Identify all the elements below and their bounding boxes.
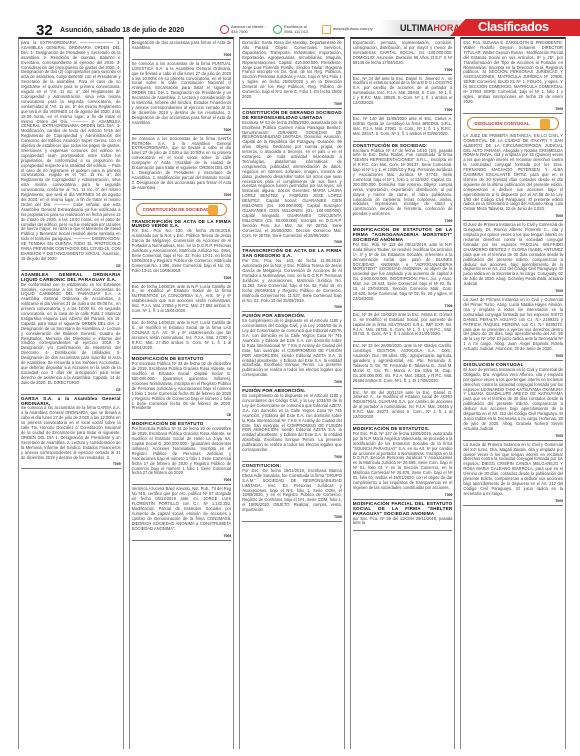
notice-body: Por Esc. Púb. Nº 113 del 05/12/2019, ant… [353, 243, 453, 302]
notice-headline: MODIFICACIÓN PARCIAL DEL ESTATUTO SOCIAL… [353, 502, 453, 517]
notice-body: Exportación, permuta, representación, co… [353, 41, 453, 66]
notice-body: De conformidad con lo establecido en los… [21, 283, 121, 386]
section-badge-icon [540, 119, 550, 129]
notice-body: Por Escritura Pública Nº 33 de fecha 02 … [132, 362, 232, 411]
notice-code: T009 [463, 499, 563, 503]
section-header: DISOLUCIÓN CONYUGAL [467, 117, 559, 130]
notice-code: CE [21, 264, 121, 268]
notice-headline: MODIFICACIÓN DE ESTATUTOS DE LA FIRMA "A… [353, 228, 453, 243]
classified-notice: Esc. Nº 34 del ante la Esc. Daniel G. Ji… [353, 76, 453, 115]
notice-body: Esc. de fecha 14/08/19, ante la N.P. Luc… [132, 285, 232, 314]
classified-notice: LA JUEZ DE PRIMERA INSTANCIA, EN LO CIVI… [463, 133, 563, 222]
whatsapp-icon [273, 25, 282, 34]
classified-notice: Esc. de fecha 14/08/19, ante la N.P. Luc… [132, 320, 232, 355]
notice-code: T009 [21, 462, 121, 466]
notice-code: T009 [242, 305, 342, 309]
classified-notice: FUSIÓN POR ABSORCIÓN.En cumplimiento de … [242, 313, 342, 387]
notice-body: LA JUEZ DE PRIMERA INSTANCIA, EN LO CIVI… [463, 134, 563, 213]
notice-body: Se convoca a los accionistas de la firma… [132, 137, 232, 191]
classified-notice: Esc. Nº 140 del 11/05/2020 ante el Esc. … [353, 116, 453, 142]
classified-notice: Esc. de fecha 14/08/19, ante la N.P. Luc… [132, 284, 232, 319]
classified-notice: La Juez de Primera Instancia en lo Civil… [463, 297, 563, 361]
contact-whatsapp: Escribinos al0981 111 013 [273, 25, 308, 34]
classified-notice: Domicilio: Santa Rosa del Monday, Depart… [242, 40, 342, 109]
notice-code: T009 [463, 107, 563, 111]
column-3: Domicilio: Santa Rosa del Monday, Depart… [239, 37, 345, 749]
column-4: Exportación, permuta, representación, co… [350, 37, 456, 749]
notice-code: T009 [463, 214, 563, 218]
notice-body: Esc. Nº 34 del ante la Esc. Daniel G. Ji… [353, 77, 453, 106]
brand-logo: ULTIMAHORA [400, 23, 460, 33]
classified-notice: para la EXTRAORDINARIA ———————— 1- ASAMB… [21, 40, 121, 271]
notice-body: Por Esc. Pca. No. 130, de fecha 28.08.20… [132, 229, 232, 273]
notice-code: T009 [353, 68, 453, 72]
classified-notice: MODIFICACIÓN DE ESTATUTOPor Escritura Pú… [132, 356, 232, 420]
contact-customer-service: Atención al cliente:415 7000 [220, 25, 265, 34]
notice-code: T009 [132, 276, 232, 280]
classified-notice: FUSIÓN POR ABSORCIÓN.En cumplimiento de … [242, 388, 342, 462]
classified-notice: Esc. Pca. SUSANA E. ZAROLOTIN B. PRESIDE… [463, 40, 563, 114]
notice-code: T009 [463, 434, 563, 438]
notice-body: En cumplimiento de lo dispuesto en el Ar… [242, 319, 342, 378]
classified-notice: El Juez de Primera Instancia en lo Civil… [463, 222, 563, 296]
contact-email-address[interactable]: avisos@uhora.com.py [333, 27, 373, 32]
notice-body: Por Esc. De fecha 19/11/2019, Escribana … [242, 469, 342, 513]
classified-notice: Exportación, permuta, representación, co… [353, 40, 453, 75]
brand-ultima: ULTIMA [400, 23, 433, 33]
notice-body: Se convoca a los accionistas de la firma… [132, 62, 232, 126]
notice-body: Esc. de fecha 14/08/19, ante la N.P. Luc… [132, 321, 232, 350]
classified-notice: Se convoca a los accionistas de la firma… [132, 61, 232, 135]
classified-notice: MODIFICACIÓN DE ESTATUTOS.Por Esc. Pub. … [353, 426, 453, 500]
contact-email[interactable]: avisos@uhora.com.py [322, 25, 373, 34]
classified-notice: Designación de dos accionistas para firm… [132, 40, 232, 60]
classified-notice: CONSTITUCION:Por Esc. De fecha 19/11/201… [242, 463, 342, 522]
notice-code: T009 [242, 515, 342, 519]
notice-body: El Juez de Primera Instancia en lo Civil… [463, 223, 563, 287]
notice-body: Esc. Nº 140 del 11/05/2020 ante el Esc. … [353, 117, 453, 137]
section-label: CONSTITUCIÓN DE SOCIEDAD [143, 207, 210, 212]
notice-body: Escritura Pública Nº 47 de fecha 14/10 (… [353, 149, 453, 218]
classified-notice: DISOLUCION CONYUGALEl Juez de primera In… [463, 362, 563, 441]
classifieds-columns: para la EXTRAORDINARIA ———————— 1- ASAMB… [18, 37, 566, 749]
classified-notice: Esc. Nº 32 del 26/05/2020, ante la Nº Gl… [353, 343, 453, 388]
section-label: DISOLUCIÓN CONYUGAL [474, 121, 529, 126]
notice-code: T009 [353, 493, 453, 497]
notice-code: T009 [132, 193, 232, 197]
classified-notice: ASAMBLEA GENERAL ORDINARIA LIQUID CARBON… [21, 272, 121, 395]
notice-code: T009 [132, 128, 232, 132]
contact-value: 0981 111 013 [284, 29, 308, 34]
section-badge-icon [208, 205, 218, 215]
notice-body: Esc. Nº 38 del 10/03/19 ante la Esc. Min… [353, 313, 453, 338]
notice-code: T009 [353, 108, 453, 112]
page-header: 32 Asunción, sábado 18 de julio de 2020 … [0, 0, 580, 36]
classified-notice: TRANSCRIPCIÓN DE ACTA DE LA FIRMA MUNDO … [132, 219, 232, 283]
notice-body: En cumplimiento de lo dispuesto en el Ar… [242, 394, 342, 453]
column-1: para la EXTRAORDINARIA ———————— 1- ASAMB… [18, 37, 124, 749]
section-title: Clasificados [478, 19, 549, 34]
classified-notice: CONSTITUCIÓN DE SOCIEDAD:Escritura Públi… [353, 143, 453, 227]
notice-code: T009 [463, 354, 563, 358]
notice-body: Por Escritura Pública Nº 31 de fecha 20 … [132, 427, 232, 476]
notice-code: T009 [242, 380, 342, 384]
notice-body: Esc. Nº 88 del 20/11/19 ante la Esc. Dan… [353, 391, 453, 420]
classified-notice: TRANSCRIPCIÓN DE ACTA DE LA FIRMA SAN GR… [242, 248, 342, 312]
section-header: CONSTITUCIÓN DE SOCIEDAD [136, 203, 228, 216]
notice-code: CE [21, 388, 121, 392]
classified-notice: GARSA S.A. a la Asamblea General ORDINAR… [21, 396, 121, 470]
classified-notice: Verónica Azucena Báez Arevalo, Not. Pub.… [132, 486, 232, 540]
column-2: Designación de dos accionistas para firm… [129, 37, 235, 749]
notice-body: por Esc. Pca. Nº 29 del 11/CMA 29/11/201… [353, 517, 453, 527]
notice-body: Designación de dos accionistas para firm… [132, 41, 232, 51]
classified-notice: Se convoca a los accionistas de la firma… [132, 136, 232, 200]
notice-body: Por Esc. Pca. No. 163, de fecha 12.09.20… [242, 259, 342, 303]
notice-body: Escritura Nº 63 de fecha 25/05/2020, aut… [242, 121, 342, 239]
classified-notice: MODIFICACIÓN DE ESTATUTOS DE LA FIRMA "A… [353, 227, 453, 311]
notice-body: Se convoca a los accionistas de la firma… [21, 406, 121, 460]
classified-notice: CONSTITUCIÓN DE GERANDO SOCIEDAD DE RESP… [242, 110, 342, 248]
notice-code: T009 [132, 53, 232, 57]
contact-value: 415 7000 [231, 29, 248, 34]
notice-code: T009 [132, 534, 232, 538]
notice-code: T009 [353, 219, 453, 223]
notice-body: para la EXTRAORDINARIA ———————— 1- ASAMB… [21, 41, 121, 262]
notice-body: Esc. Nº 32 del 26/05/2020, ante la Nº Gl… [353, 344, 453, 383]
classified-notice: Esc. Nº 38 del 10/03/19 ante la Esc. Min… [353, 312, 453, 343]
classified-notice: La Jueza de Primera Instancia en lo Civi… [463, 442, 563, 506]
notice-code: T009 [242, 102, 342, 106]
issue-date: Asunción, sábado 18 de julio de 2020 [60, 27, 184, 34]
notice-code: T009 [132, 478, 232, 482]
notice-code: T009 [353, 304, 453, 308]
notice-body: Domicilio: Santa Rosa del Monday, Depart… [242, 41, 342, 100]
classified-notice: MODIFICACIÓN DE ESTATUTOPor Escritura Pú… [132, 421, 232, 485]
notice-body: La Juez de Primera Instancia en lo Civil… [463, 298, 563, 352]
envelope-icon [322, 25, 331, 34]
column-5: Esc. Pca. SUSANA E. ZAROLOTIN B. PRESIDE… [460, 37, 566, 749]
classified-notice: MODIFICACIÓN PARCIAL DEL ESTATUTO SOCIAL… [353, 501, 453, 532]
notice-code: T009 [463, 289, 563, 293]
notice-body: El Juez de primera Instancia en lo Civil… [463, 368, 563, 432]
classified-notice: Esc. Nº 88 del 20/11/19 ante la Esc. Dan… [353, 390, 453, 425]
notice-body: Esc. Pca. SUSANA E. ZAROLOTIN B. PRESIDE… [463, 41, 563, 105]
notice-code: T009 [242, 455, 342, 459]
notice-code: T009 [242, 240, 342, 244]
notice-body: Por Esc. Pub. Nº 147 de fecha 12/09/2019… [353, 432, 453, 491]
notice-body: La Jueza de Primera Instancia en lo Civi… [463, 443, 563, 497]
notice-body: Verónica Azucena Báez Arevalo, Not. Pub.… [132, 487, 232, 531]
notice-code: CE [132, 413, 232, 417]
phone-icon [220, 25, 229, 34]
